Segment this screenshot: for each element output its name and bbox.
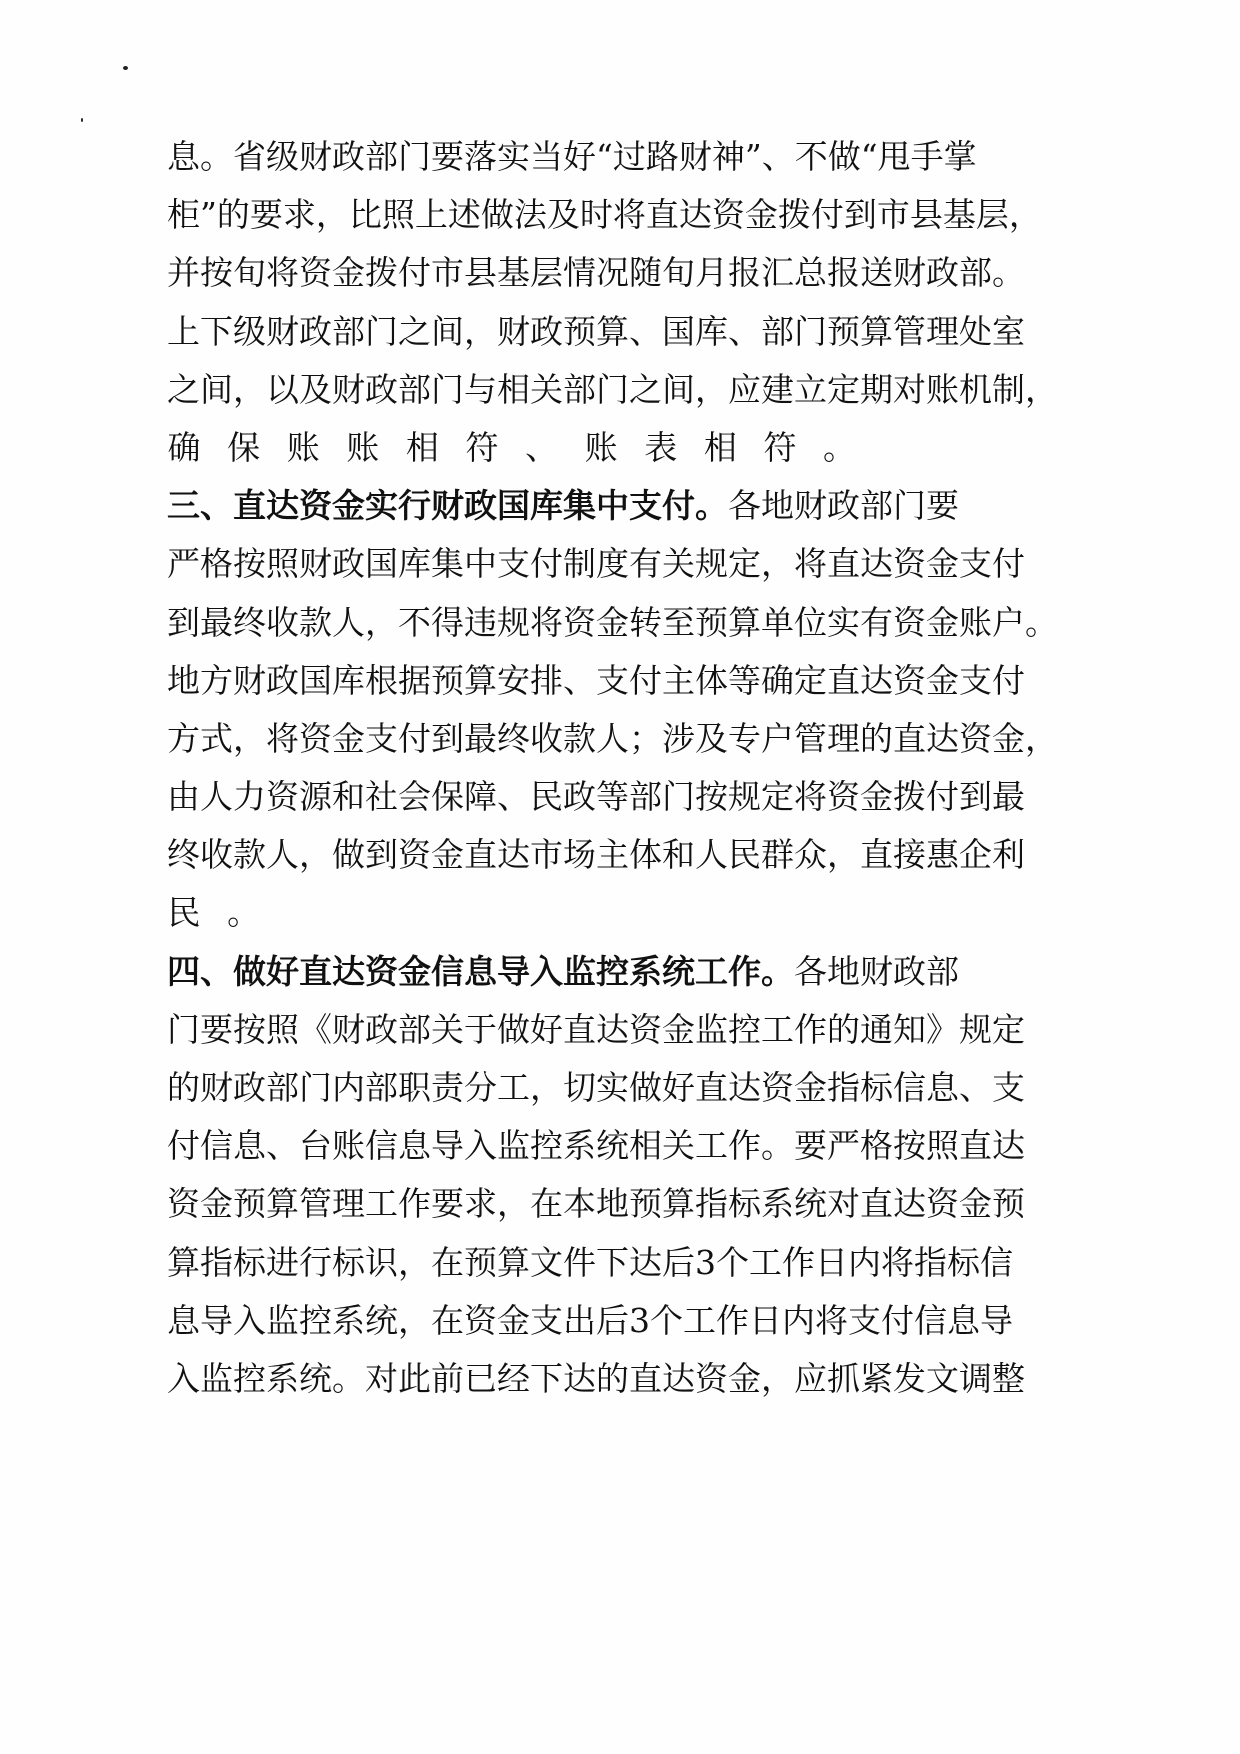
text-line: 息。省级财政部门要落实当好“过路财神”、不做“甩手掌: [167, 128, 941, 186]
text-line: 柜”的要求，比照上述做法及时将直达资金拨付到市县基层，: [167, 186, 941, 244]
text-line: 严格按照财政国库集中支付制度有关规定，将直达资金支付: [167, 535, 941, 593]
text-line: 算指标进行标识，在预算文件下达后3个工作日内将指标信: [167, 1234, 941, 1292]
text-line: 息导入监控系统，在资金支出后3个工作日内将支付信息导: [167, 1292, 941, 1350]
paragraph-p-section-3: 三、直达资金实行财政国库集中支付。各地财政部门要严格按照财政国库集中支付制度有关…: [167, 477, 941, 943]
scan-speck: [81, 118, 83, 122]
text-line: 资金预算管理工作要求，在本地预算指标系统对直达资金预: [167, 1175, 941, 1233]
text-line: 民。: [167, 884, 941, 942]
text-line: 入监控系统。对此前已经下达的直达资金，应抓紧发文调整: [167, 1350, 941, 1408]
text-line: 确保账账相符、账表相符。: [167, 419, 941, 477]
text-line: 地方财政国库根据预算安排、支付主体等确定直达资金支付: [167, 652, 941, 710]
text-line: 的财政部门内部职责分工，切实做好直达资金指标信息、支: [167, 1059, 941, 1117]
text-line: 付信息、台账信息导入监控系统相关工作。要严格按照直达: [167, 1117, 941, 1175]
text-line: 四、做好直达资金信息导入监控系统工作。各地财政部: [167, 943, 941, 1001]
text-line: 终收款人，做到资金直达市场主体和人民群众，直接惠企利: [167, 826, 941, 884]
text-line: 方式，将资金支付到最终收款人；涉及专户管理的直达资金，: [167, 710, 941, 768]
text-line: 到最终收款人，不得违规将资金转至预算单位实有资金账户。: [167, 594, 941, 652]
paragraph-p-continued: 息。省级财政部门要落实当好“过路财神”、不做“甩手掌柜”的要求，比照上述做法及时…: [167, 128, 941, 477]
text-line: 并按旬将资金拨付市县基层情况随旬月报汇总报送财政部。: [167, 244, 941, 302]
text-line: 上下级财政部门之间，财政预算、国库、部门预算管理处室: [167, 303, 941, 361]
scan-speck: [123, 66, 128, 70]
paragraph-p-section-4: 四、做好直达资金信息导入监控系统工作。各地财政部门要按照《财政部关于做好直达资金…: [167, 943, 941, 1409]
text-line: 之间，以及财政部门与相关部门之间，应建立定期对账机制，: [167, 361, 941, 419]
text-line: 由人力资源和社会保障、民政等部门按规定将资金拨付到最: [167, 768, 941, 826]
text-line: 三、直达资金实行财政国库集中支付。各地财政部门要: [167, 477, 941, 535]
text-line: 门要按照《财政部关于做好直达资金监控工作的通知》规定: [167, 1001, 941, 1059]
document-page: 息。省级财政部门要落实当好“过路财神”、不做“甩手掌柜”的要求，比照上述做法及时…: [167, 128, 941, 1408]
